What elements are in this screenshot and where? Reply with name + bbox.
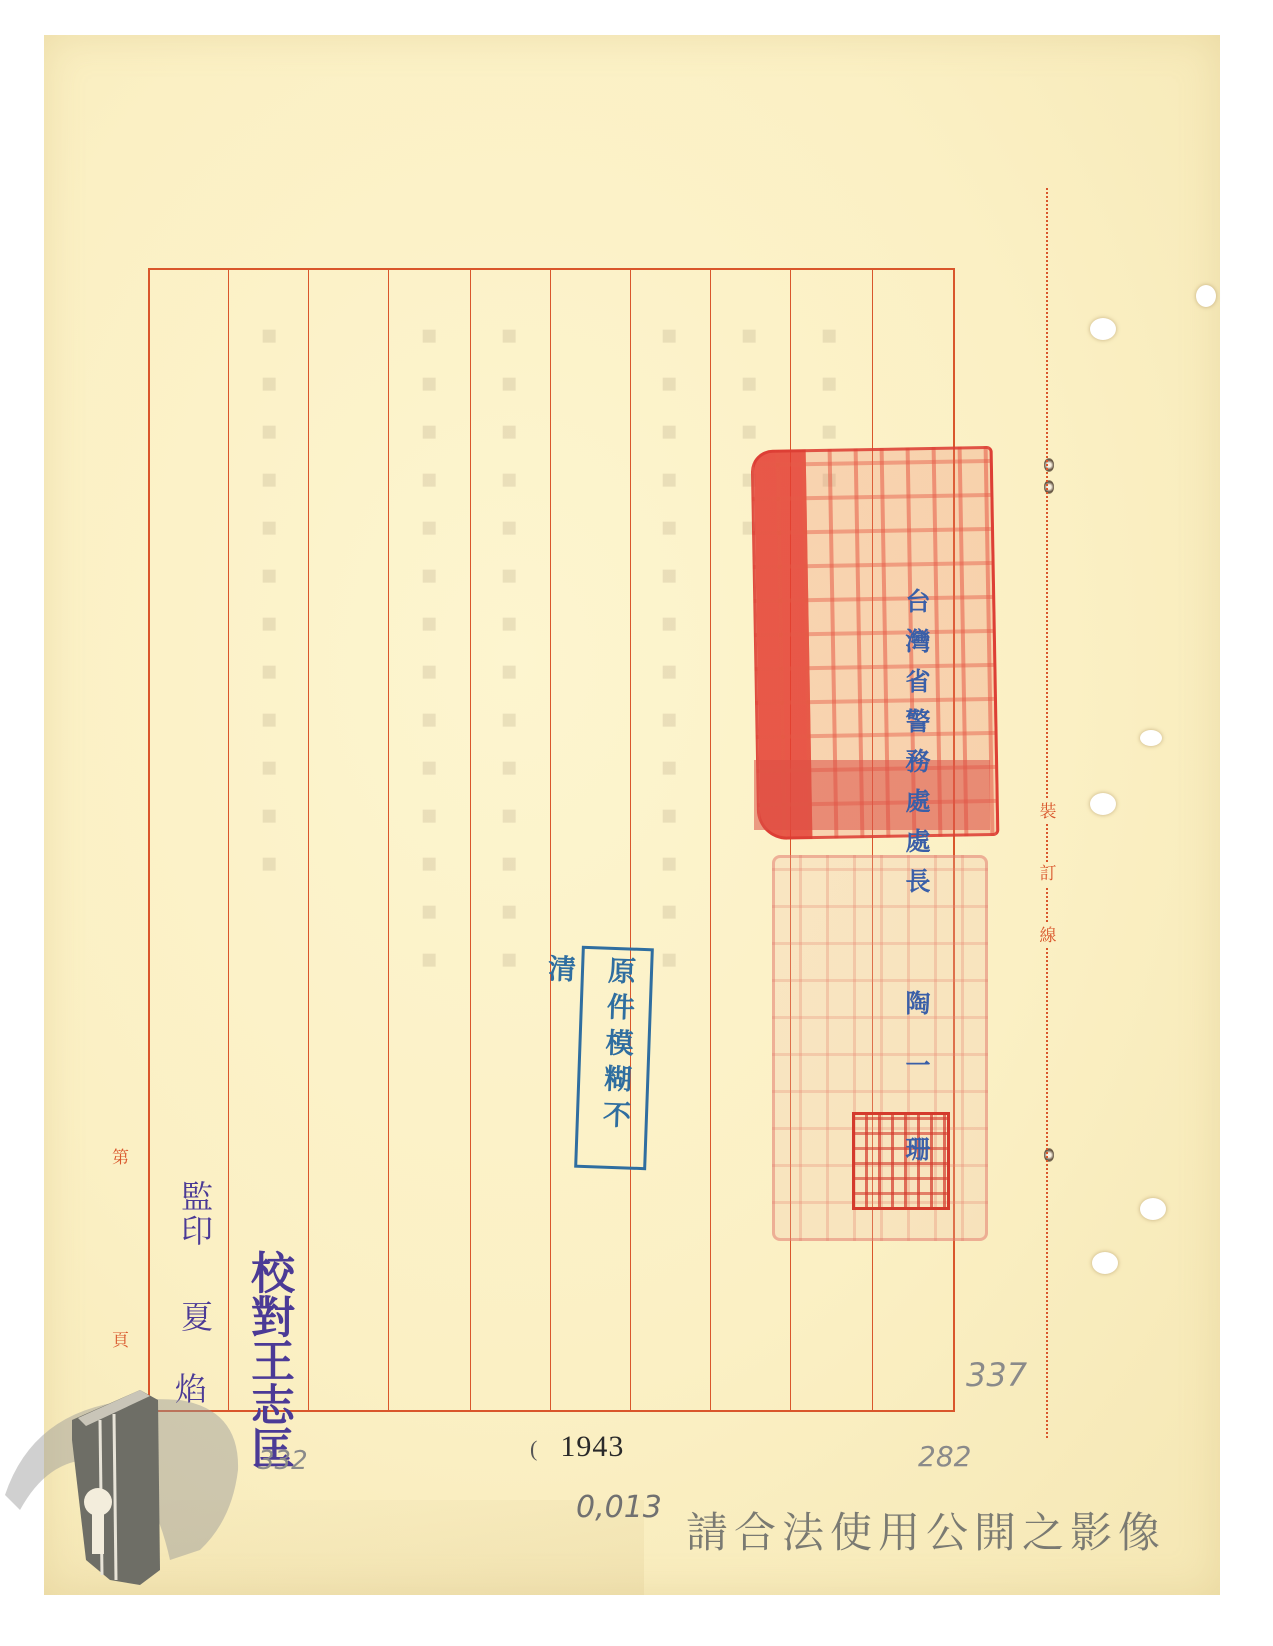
watermark-text: 請合法使用公開之影像 (686, 1500, 1166, 1560)
binding-label-char: 裝 (1036, 800, 1060, 824)
column-rule (550, 270, 551, 1410)
addressee-title: 台灣省警務處處長 (898, 588, 934, 908)
pencil-note: 337 (966, 1356, 1027, 1394)
page-prefix: 第 (112, 1143, 129, 1168)
bleed-through-text: ▪▪▪▪▪▪▪▪▪▪▪▪▪▪ (494, 320, 524, 992)
pencil-note: 0,013 (576, 1490, 662, 1525)
addressee-name-char: 珊 (898, 1136, 934, 1161)
punch-hole (1092, 1252, 1118, 1274)
small-red-seal (852, 1112, 950, 1210)
punch-hole (1140, 1198, 1166, 1220)
column-rule (630, 270, 631, 1410)
punch-hole (1090, 318, 1116, 340)
addressee-name-char: 陶 (898, 990, 934, 1015)
pencil-note: 282 (918, 1440, 971, 1473)
proofreader-signature: 校對王志匡 (244, 1250, 292, 1470)
punch-hole (1196, 285, 1216, 307)
punch-hole (1140, 730, 1162, 746)
binding-label-char: 線 (1036, 924, 1060, 948)
document-number-value: 1943 (560, 1430, 624, 1463)
page-suffix: 頁 (112, 1326, 129, 1351)
supervisor-name-char: 夏 (172, 1300, 218, 1332)
supervisor-label: 監印 (172, 1180, 218, 1248)
column-rule (470, 270, 471, 1410)
document-number-prefix: ( (530, 1436, 538, 1461)
column-rule (710, 270, 711, 1410)
addressee-name-char: 一 (898, 1052, 934, 1077)
column-rule (388, 270, 389, 1410)
archive-book-keyhole-icon (0, 1380, 240, 1590)
bleed-through-text: ▪▪▪▪▪▪▪▪▪▪▪▪ (254, 320, 284, 896)
seal-ink-band (754, 760, 990, 830)
punch-hole (1090, 793, 1116, 815)
illegible-original-stamp: 原件模糊不清 (574, 946, 654, 1170)
bleed-through-text: ▪▪▪▪▪▪▪▪▪▪▪▪▪▪ (414, 320, 444, 992)
document-number: (1943 (530, 1430, 624, 1464)
binding-label-char: 訂 (1036, 862, 1060, 886)
stamp-text: 原件模糊不清 (577, 955, 650, 1167)
bleed-through-text: ▪▪▪▪▪▪▪▪▪▪▪▪▪▪ (654, 320, 684, 992)
column-rule (308, 270, 309, 1410)
pencil-note: 332 (258, 1446, 308, 1476)
column-rule (228, 270, 229, 1410)
